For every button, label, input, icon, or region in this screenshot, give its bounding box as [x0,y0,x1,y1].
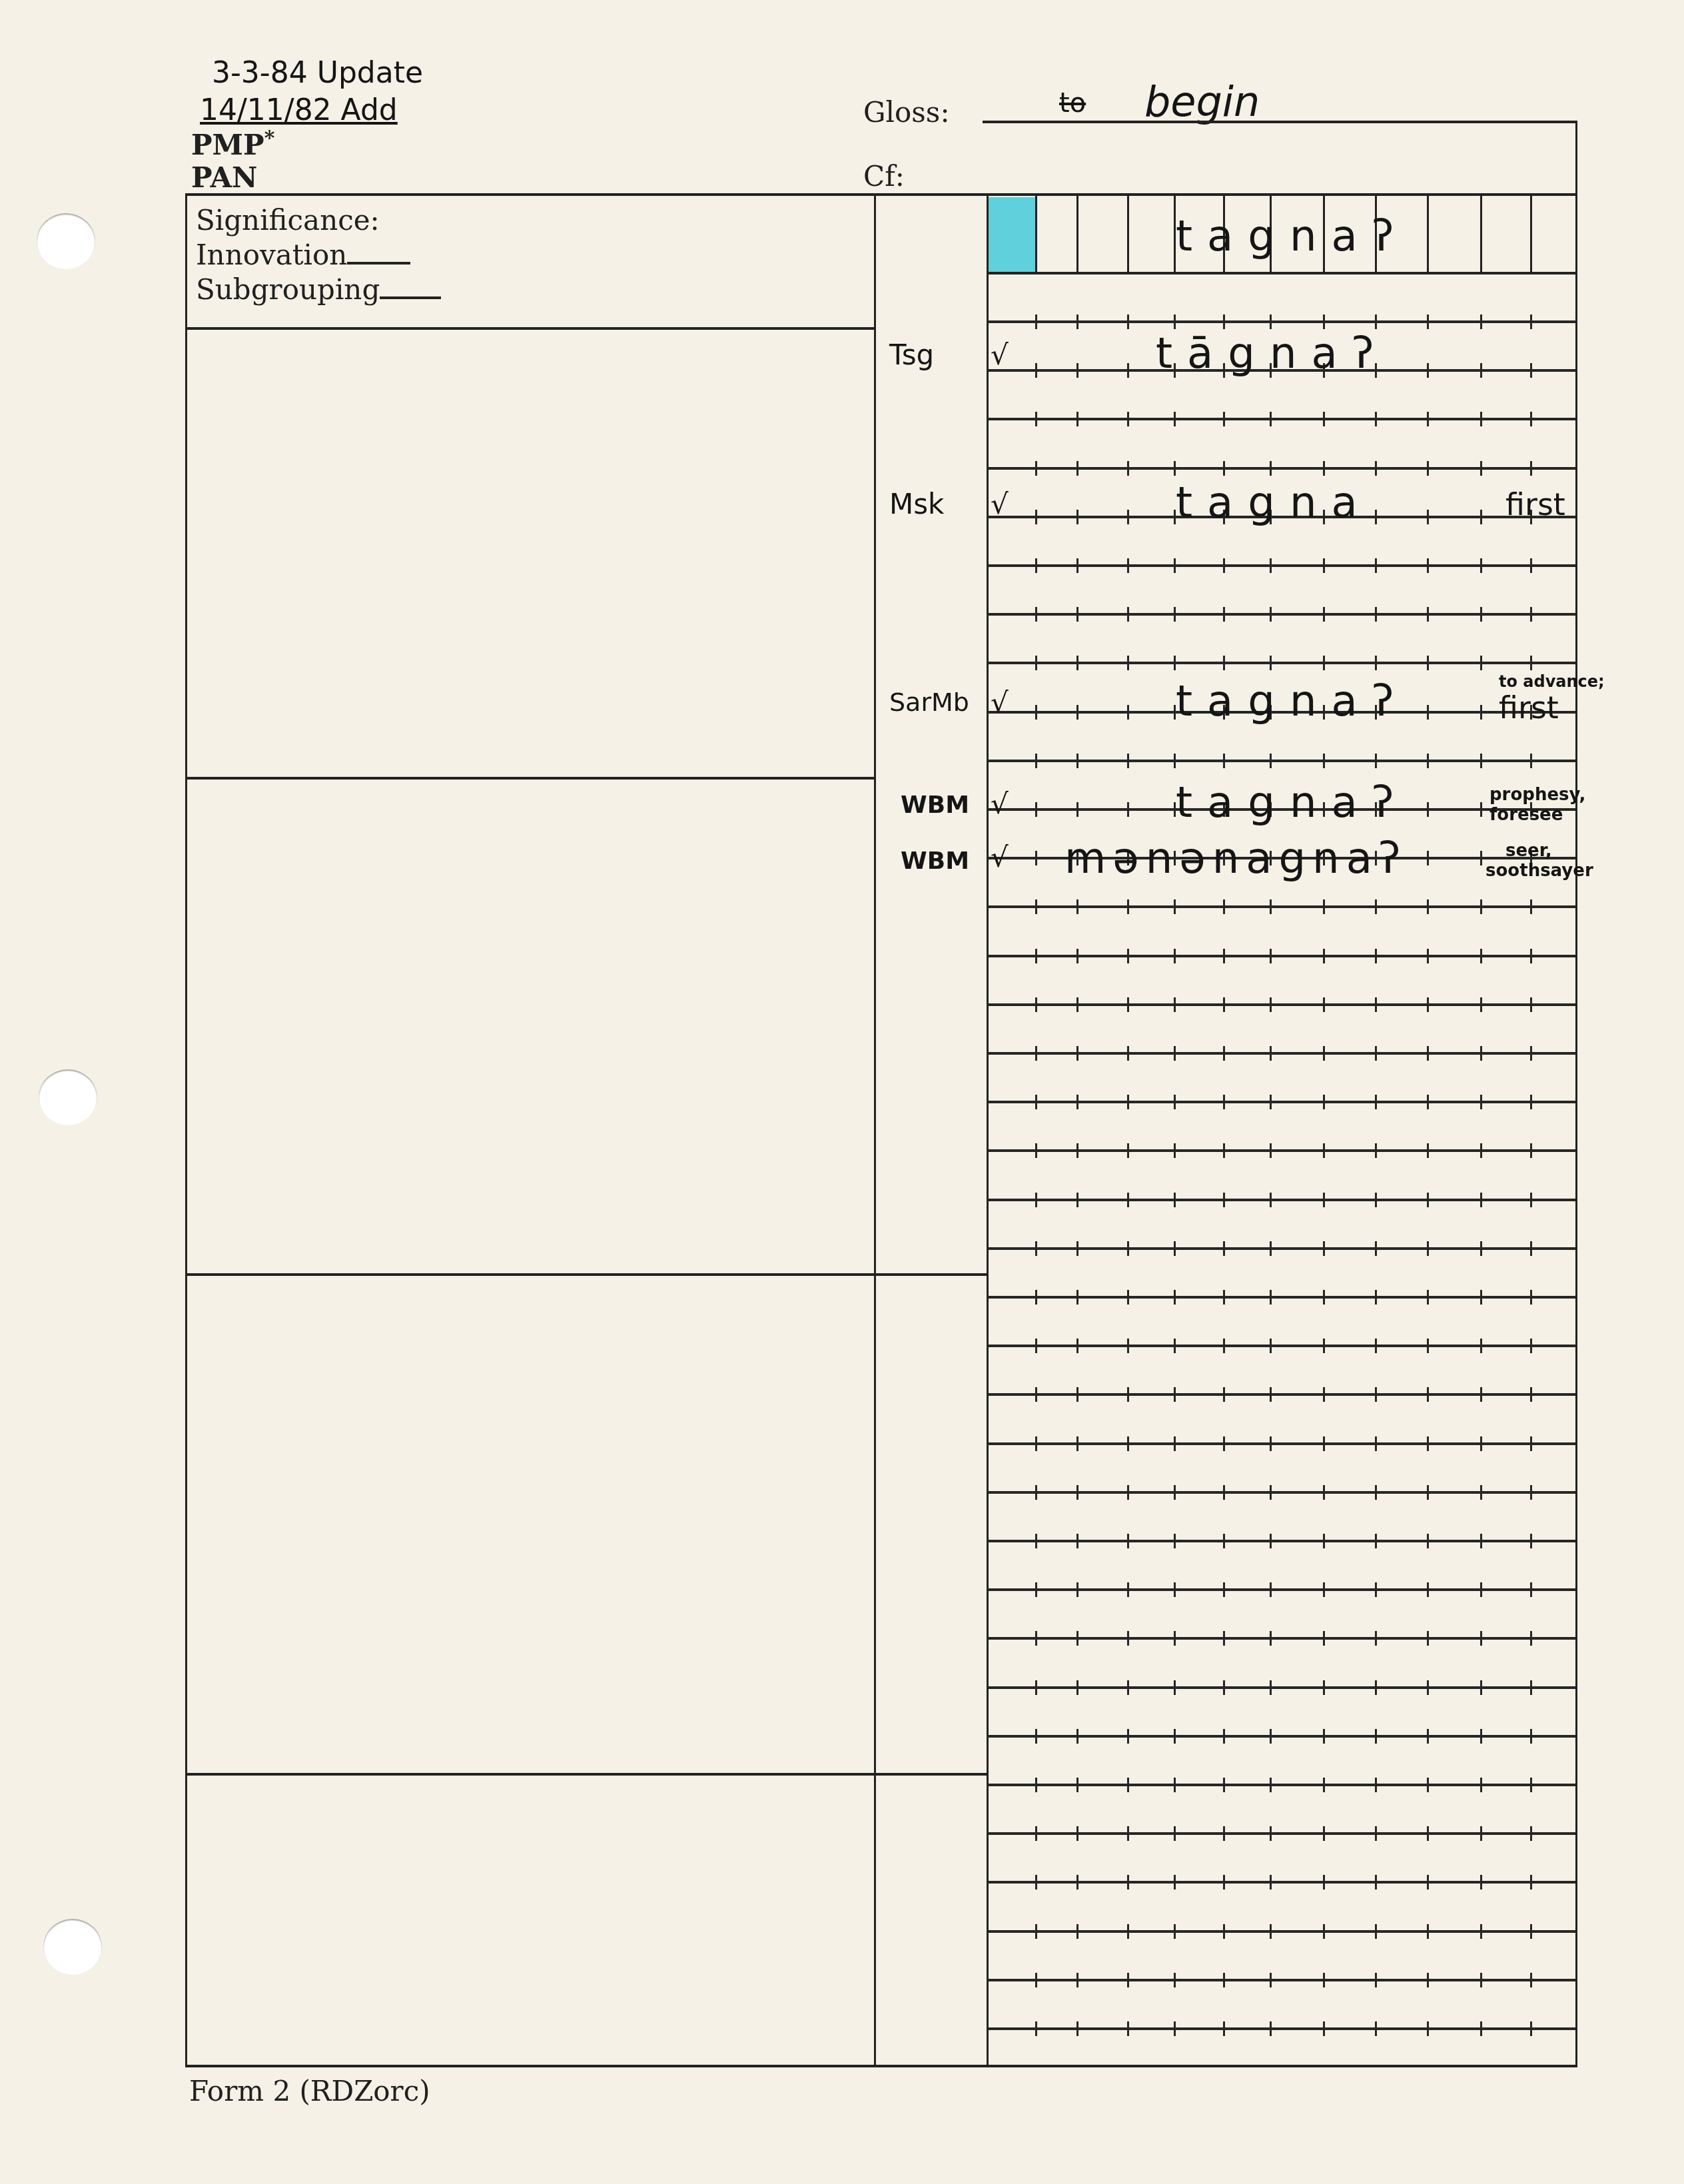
tick-mark [1270,1436,1272,1451]
tick-mark [1223,1924,1225,1939]
tick-mark [1427,754,1429,768]
tick-mark [1480,1729,1482,1744]
tick-mark [1427,1241,1429,1256]
cf-label: Cf: [863,160,905,193]
tick-mark [1035,1485,1037,1500]
tick-mark [1223,1143,1225,1158]
header-cell-divider [1076,196,1078,273]
tick-mark [1174,899,1176,914]
significance-title: Significance: [196,204,380,237]
tick-mark [1035,705,1037,720]
tick-mark [1035,1875,1037,1890]
tick-mark [1375,1339,1377,1353]
tick-mark [1427,1973,1429,1987]
ruled-line [987,564,1575,567]
tick-mark [1480,1387,1482,1402]
tick-mark [1223,1241,1225,1256]
check-mark: √ [991,338,1009,371]
tick-mark [1035,1339,1037,1353]
language-label: WBM [901,792,969,819]
entry-form: mənənagnaʔ [1064,834,1408,883]
tick-mark [1076,997,1078,1012]
form-bottom-border [185,2065,1577,2067]
tick-mark [1174,1924,1176,1939]
tick-mark [1127,1387,1129,1402]
tick-mark [1530,1046,1532,1061]
ruled-line [987,760,1575,762]
tick-mark [1035,1729,1037,1744]
tick-mark [1127,363,1129,378]
gloss-underline [983,121,1577,123]
tick-mark [1323,1046,1325,1061]
tick-mark [1530,1631,1532,1646]
tick-mark [1375,1826,1377,1841]
tick-mark [1076,2021,1078,2036]
tick-mark [1530,1875,1532,1890]
tick-mark [1427,1095,1429,1109]
tick-mark [1427,1436,1429,1451]
tick-mark [1174,412,1176,426]
ruled-line [987,1588,1575,1591]
tick-mark [1480,1095,1482,1109]
tick-mark [1323,1290,1325,1305]
tick-mark [1375,412,1377,426]
tick-mark [1174,1582,1176,1597]
tick-mark [1530,1436,1532,1451]
tick-mark [1530,1826,1532,1841]
tick-mark [1480,1143,1482,1158]
tick-mark [1323,1193,1325,1207]
tick-mark [1375,1143,1377,1158]
tick-mark [1076,1241,1078,1256]
tick-mark [1270,1875,1272,1890]
ruled-line [987,1735,1575,1738]
tick-mark [1427,1290,1429,1305]
tick-mark [1270,1631,1272,1646]
tick-mark [1127,1875,1129,1890]
tick-mark [1076,1778,1078,1792]
subgrouping-label: Subgrouping [196,273,380,306]
notes-column-divider [874,193,876,2067]
tick-mark [1480,754,1482,768]
tick-mark [1323,412,1325,426]
tick-mark [1427,1582,1429,1597]
tick-mark [1035,656,1037,670]
ruled-line [987,1393,1575,1396]
tick-mark [1480,461,1482,476]
tick-mark [1427,705,1429,720]
ruled-line [987,1881,1575,1884]
tick-mark [1223,607,1225,622]
tick-mark [1270,1778,1272,1792]
tick-mark [1375,558,1377,573]
tick-mark [1530,1143,1532,1158]
tick-mark [1076,1729,1078,1744]
tick-mark [1270,1046,1272,1061]
tick-mark [1035,997,1037,1012]
tick-mark [1427,510,1429,524]
tick-mark [1323,1387,1325,1402]
tick-mark [1035,607,1037,622]
ruled-line [987,1247,1575,1250]
tick-mark [1127,1680,1129,1695]
tick-mark [1323,558,1325,573]
innovation-row: Innovation [196,239,410,271]
tick-mark [1127,949,1129,963]
tick-mark [1174,2021,1176,2036]
tick-mark [1375,1290,1377,1305]
form-footer-label: Form 2 (RDZorc) [189,2075,430,2107]
entry-form: tagnaʔ [1176,778,1408,827]
reconstruction-row-bottom [987,272,1575,274]
tick-mark [1076,705,1078,720]
tick-mark [1427,656,1429,670]
tick-mark [1076,314,1078,329]
header-cell-divider [1035,196,1037,273]
tick-mark [1076,1436,1078,1451]
ruled-line [987,1686,1575,1689]
ruled-line [987,467,1575,470]
tick-mark [1127,997,1129,1012]
tick-mark [1076,412,1078,426]
entry-form: tāgnaʔ [1156,329,1388,378]
tick-mark [1480,1436,1482,1451]
tick-mark [1223,1582,1225,1597]
tick-mark [1427,363,1429,378]
ruled-line [987,418,1575,420]
tick-mark [1223,656,1225,670]
tick-mark [1035,1387,1037,1402]
tick-mark [1375,314,1377,329]
tick-mark [1480,1973,1482,1987]
entry-form: tagnaʔ [1176,677,1408,726]
ruled-line [987,955,1575,957]
significance-divider [185,327,875,330]
tick-mark [1076,510,1078,524]
tick-mark [1375,1729,1377,1744]
tick-mark [1375,1924,1377,1939]
tick-mark [1223,1485,1225,1500]
subgrouping-row: Subgrouping [196,273,441,306]
tick-mark [1530,997,1532,1012]
tick-mark [1076,754,1078,768]
tick-mark [1270,461,1272,476]
tick-mark [1427,802,1429,817]
ruled-line [987,1052,1575,1055]
ruled-line [987,320,1575,323]
ruled-line [987,1637,1575,1640]
form-left-border [185,193,187,2067]
tick-mark [1076,1973,1078,1987]
tick-mark [1480,1631,1482,1646]
tick-mark [1035,899,1037,914]
tick-mark [1270,1387,1272,1402]
tick-mark [1076,1924,1078,1939]
tick-mark [1127,1339,1129,1353]
tick-mark [1035,851,1037,865]
reconstruction-form: tagnaʔ [1176,212,1408,261]
tick-mark [1127,1631,1129,1646]
tick-mark [1035,510,1037,524]
tick-mark [1480,1046,1482,1061]
ruled-line [987,1149,1575,1152]
tick-mark [1323,1143,1325,1158]
tick-mark [1127,1241,1129,1256]
tick-mark [1323,1534,1325,1548]
tick-mark [1035,1046,1037,1061]
tick-mark [1375,1485,1377,1500]
tick-mark [1530,1339,1532,1353]
tick-mark [1174,1729,1176,1744]
tick-mark [1035,1582,1037,1597]
tick-mark [1480,997,1482,1012]
tick-mark [1223,1875,1225,1890]
tick-mark [1076,363,1078,378]
tick-mark [1270,949,1272,963]
tick-mark [1035,412,1037,426]
tick-mark [1323,461,1325,476]
tick-mark [1127,656,1129,670]
ruled-line [987,1540,1575,1542]
tick-mark [1375,1582,1377,1597]
gloss-box-right-border [1575,121,1577,2066]
tick-mark [1035,461,1037,476]
ruled-line [987,1979,1575,1981]
tick-mark [1530,1680,1532,1695]
tick-mark [1223,1436,1225,1451]
tick-mark [1174,1631,1176,1646]
language-label: Tsg [889,338,934,371]
tick-mark [1076,1582,1078,1597]
tick-mark [1375,1534,1377,1548]
tick-mark [1427,899,1429,914]
tick-mark [1323,607,1325,622]
tick-mark [1427,1193,1429,1207]
tick-mark [1270,1729,1272,1744]
tick-mark [1174,1193,1176,1207]
tick-mark [1480,1290,1482,1305]
tick-mark [1375,461,1377,476]
tick-mark [1427,1924,1429,1939]
tick-mark [1427,558,1429,573]
tick-mark [1323,1778,1325,1792]
tick-mark [1270,1339,1272,1353]
tick-mark [1530,314,1532,329]
tick-mark [1223,1973,1225,1987]
tick-mark [1375,1875,1377,1890]
tick-mark [1035,1193,1037,1207]
tick-mark [1174,1680,1176,1695]
tick-mark [1035,1973,1037,1987]
tick-mark [1035,1436,1037,1451]
tick-mark [1323,2021,1325,2036]
tick-mark [1427,1485,1429,1500]
tick-mark [1427,1729,1429,1744]
tick-mark [1270,1582,1272,1597]
tick-mark [1270,899,1272,914]
tick-mark [1174,997,1176,1012]
tick-mark [1270,1534,1272,1548]
tick-mark [1323,1973,1325,1987]
tick-mark [1480,1534,1482,1548]
tick-mark [1323,314,1325,329]
notes-divider-3 [185,1773,989,1776]
tick-mark [1480,899,1482,914]
tick-mark [1375,1778,1377,1792]
tick-mark [1530,412,1532,426]
tick-mark [1035,949,1037,963]
innovation-field[interactable] [347,239,410,265]
tick-mark [1375,1193,1377,1207]
tick-mark [1530,1193,1532,1207]
gloss-value[interactable]: begin [1144,77,1260,126]
entry-gloss: seer, soothsayer [1485,841,1605,881]
tick-mark [1427,461,1429,476]
tick-mark [1323,1924,1325,1939]
ruled-line [987,613,1575,616]
tick-mark [1127,1729,1129,1744]
tick-mark [1427,1387,1429,1402]
entry-gloss: to advance; first [1499,672,1619,724]
check-mark: √ [991,488,1009,520]
subgrouping-field[interactable] [380,274,441,299]
tick-mark [1223,1046,1225,1061]
pmp-label: PMP* [191,127,274,161]
tick-mark [1127,1826,1129,1841]
tick-mark [1480,607,1482,622]
tick-mark [1127,558,1129,573]
tick-mark [1427,1339,1429,1353]
tick-mark [1323,1095,1325,1109]
tick-mark [1480,1485,1482,1500]
tick-mark [1375,949,1377,963]
ruled-line [987,1491,1575,1494]
notes-divider-2 [185,1273,989,1276]
tick-mark [1427,1631,1429,1646]
tick-mark [1174,461,1176,476]
tick-mark [1480,2021,1482,2036]
tick-mark [1174,1875,1176,1890]
tick-mark [1323,949,1325,963]
tick-mark [1323,656,1325,670]
ruled-line [987,1784,1575,1786]
tick-mark [1223,1193,1225,1207]
header-cell-divider [1427,196,1429,273]
tick-mark [1076,461,1078,476]
tick-mark [1480,1193,1482,1207]
tick-mark [1375,997,1377,1012]
tick-mark [1530,1729,1532,1744]
language-label: Msk [889,488,944,520]
tick-mark [1035,1095,1037,1109]
tick-mark [1127,1143,1129,1158]
ruled-line [987,1296,1575,1299]
tick-mark [1375,754,1377,768]
entry-form: tagna [1176,478,1372,528]
tick-mark [1076,1485,1078,1500]
highlight-cell [989,197,1035,272]
tick-mark [1174,1143,1176,1158]
tick-mark [1174,1046,1176,1061]
tick-mark [1174,1339,1176,1353]
tick-mark [1427,1046,1429,1061]
tick-mark [1270,1485,1272,1500]
tick-mark [1035,1290,1037,1305]
tick-mark [1127,607,1129,622]
tick-mark [1323,1485,1325,1500]
tick-mark [1174,656,1176,670]
tick-mark [1127,802,1129,817]
tick-mark [1127,1778,1129,1792]
tick-mark [1270,1241,1272,1256]
tick-mark [1223,949,1225,963]
tick-mark [1270,1193,1272,1207]
tick-mark [1427,314,1429,329]
ruled-line [987,662,1575,664]
innovation-label: Innovation [196,239,347,271]
tick-mark [1270,1095,1272,1109]
tick-mark [1076,1680,1078,1695]
tick-mark [1035,1826,1037,1841]
tick-mark [1270,412,1272,426]
tick-mark [1076,899,1078,914]
tick-mark [1480,705,1482,720]
tick-mark [1174,607,1176,622]
tick-mark [1223,899,1225,914]
tick-mark [1375,510,1377,524]
tick-mark [1480,802,1482,817]
tick-mark [1323,1631,1325,1646]
tick-mark [1530,1290,1532,1305]
tick-mark [1035,1924,1037,1939]
update-note: 3-3-84 Update [212,56,423,90]
tick-mark [1530,656,1532,670]
tick-mark [1174,1826,1176,1841]
tick-mark [1530,1241,1532,1256]
tick-mark [1127,754,1129,768]
tick-mark [1076,1095,1078,1109]
tick-mark [1270,1143,1272,1158]
tick-mark [1223,997,1225,1012]
tick-mark [1323,1729,1325,1744]
tick-mark [1270,558,1272,573]
tick-mark [1480,314,1482,329]
tick-mark [1270,2021,1272,2036]
tick-mark [1270,754,1272,768]
tick-mark [1035,1143,1037,1158]
tick-mark [1223,1631,1225,1646]
tick-mark [1270,1924,1272,1939]
entry-gloss: prophesy, foresee [1489,785,1589,825]
header-cell-divider [1530,196,1532,273]
tick-mark [1223,2021,1225,2036]
tick-mark [1427,1778,1429,1792]
tick-mark [1530,363,1532,378]
tick-mark [1480,1875,1482,1890]
tick-mark [1076,1143,1078,1158]
tick-mark [1530,1534,1532,1548]
tick-mark [1035,558,1037,573]
tick-mark [1375,607,1377,622]
tick-mark [1127,1924,1129,1939]
tick-mark [1427,1680,1429,1695]
tick-mark [1174,1095,1176,1109]
tick-mark [1530,607,1532,622]
tick-mark [1174,1241,1176,1256]
language-label: WBM [901,847,969,875]
tick-mark [1127,412,1129,426]
tick-mark [1174,1387,1176,1402]
